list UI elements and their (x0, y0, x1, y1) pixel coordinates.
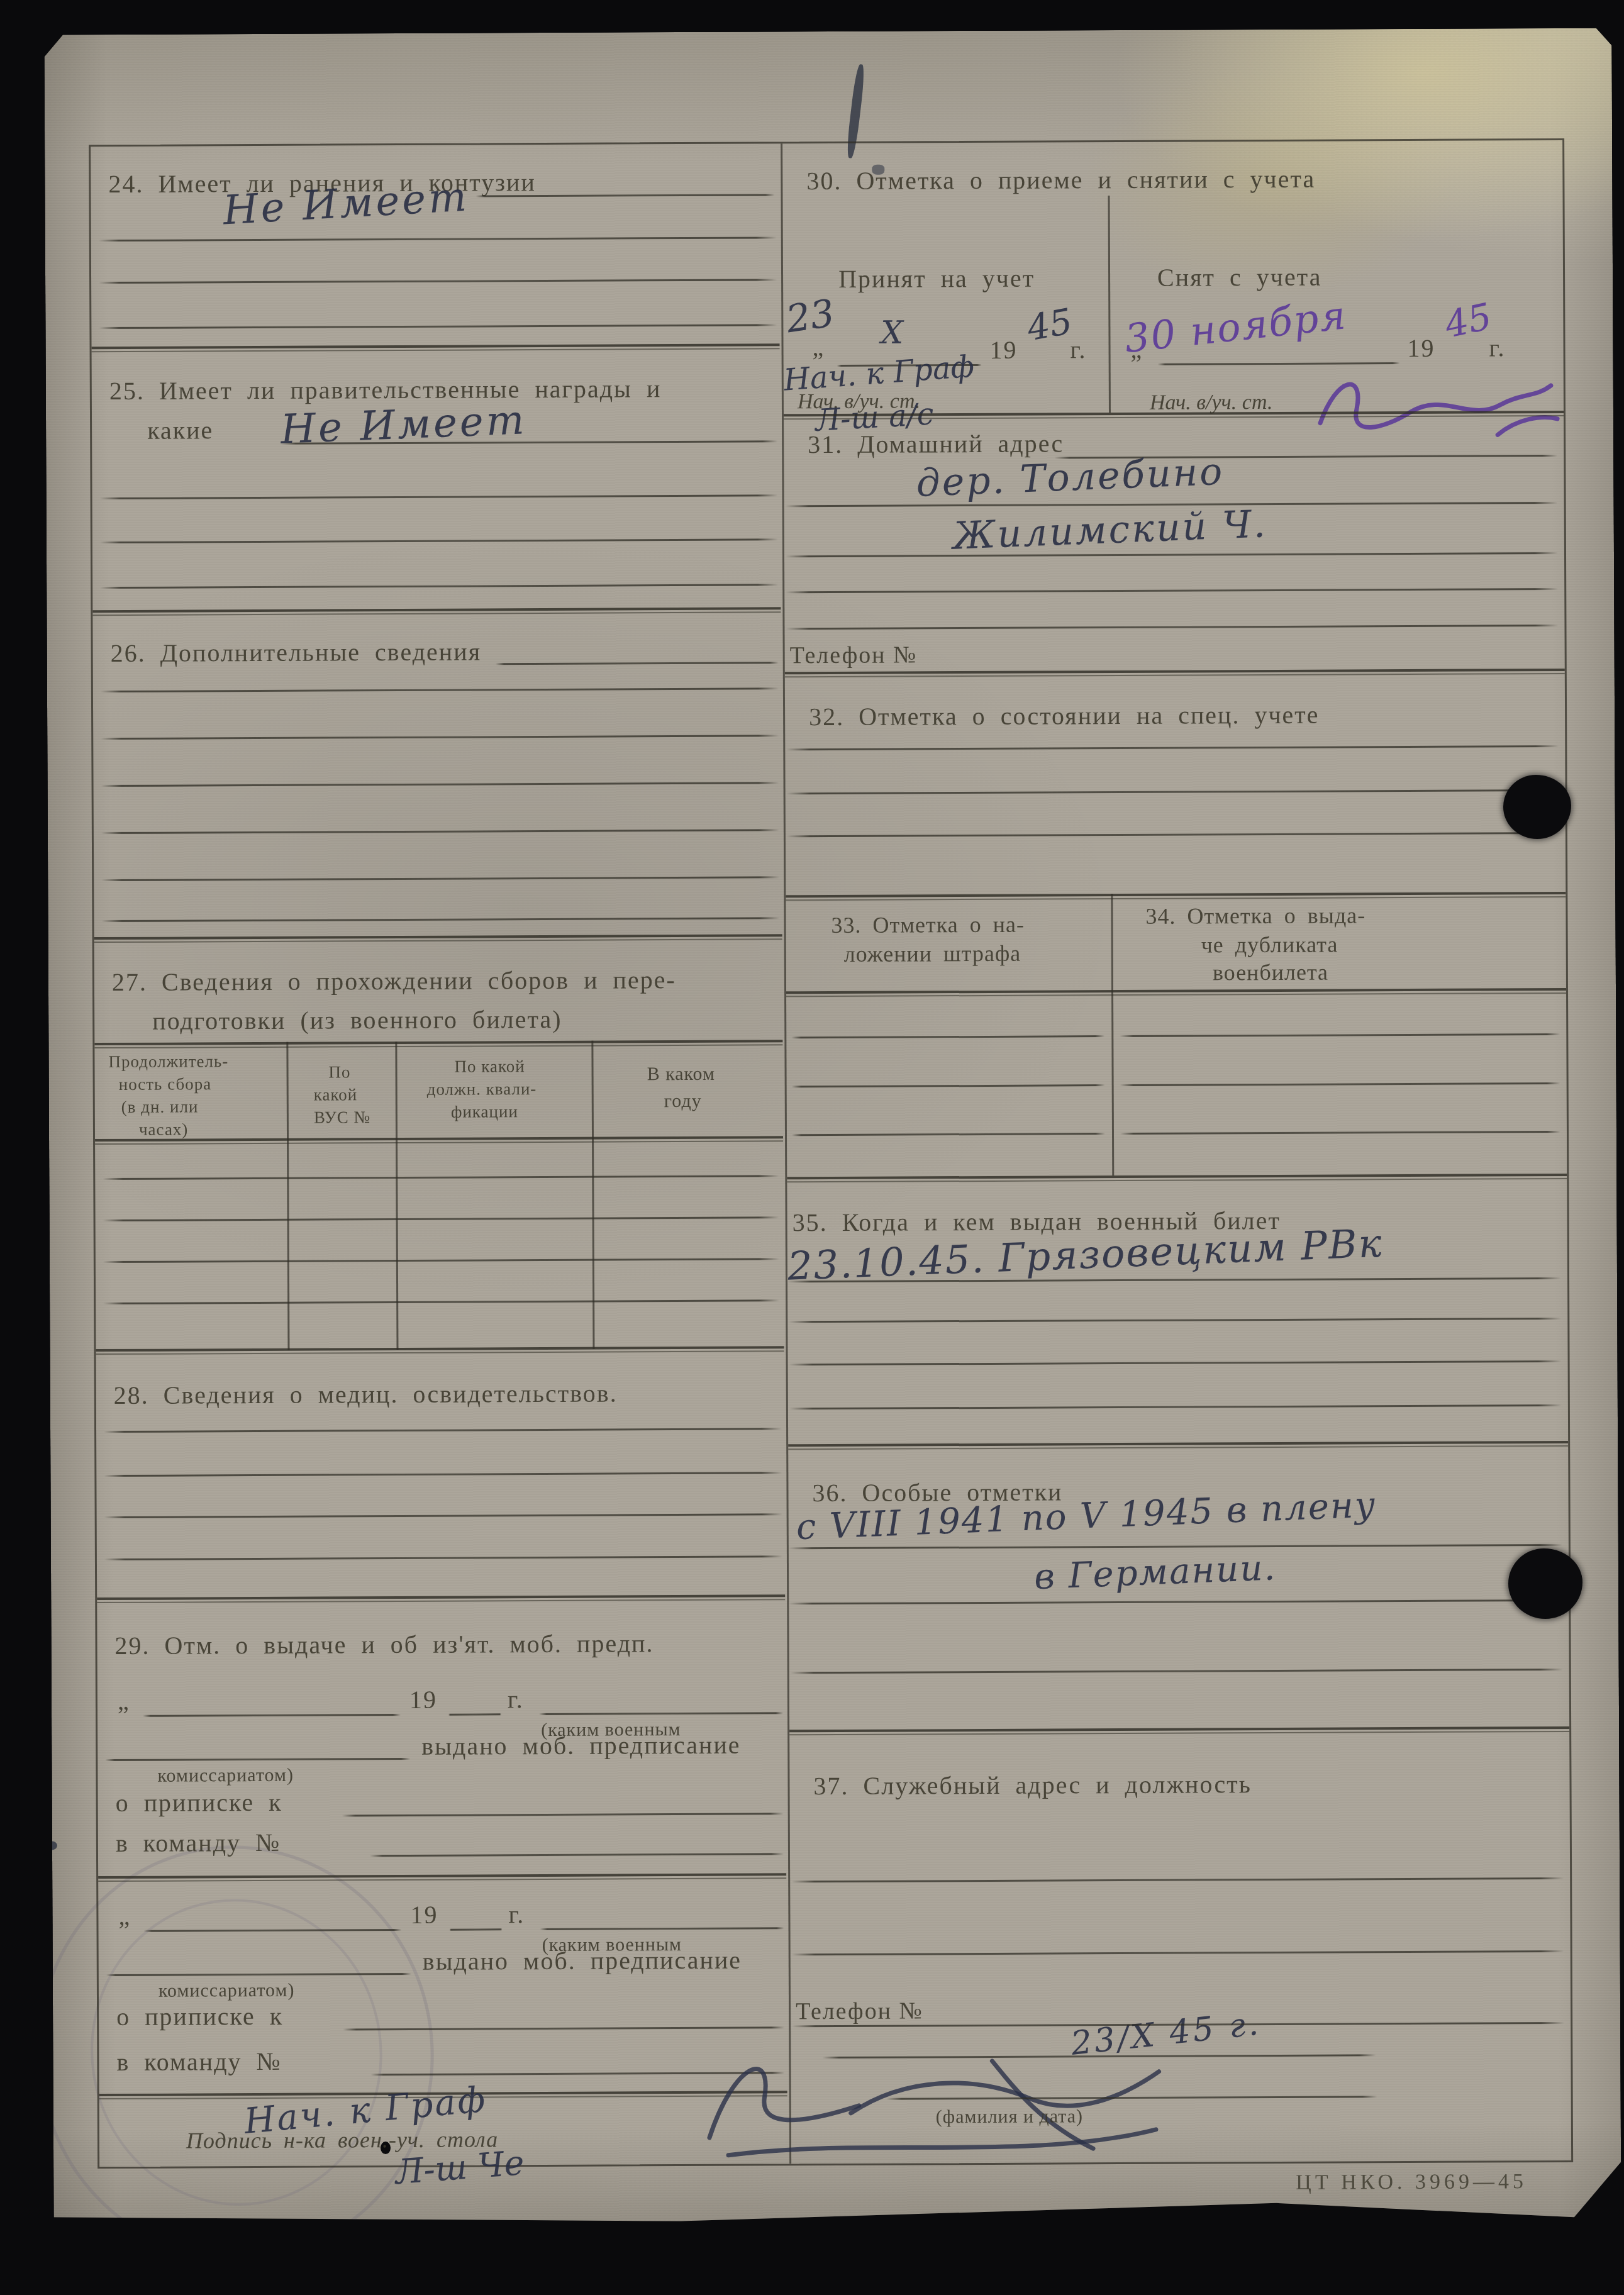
ruled-line (99, 279, 777, 284)
col-header-year1: В каком (647, 1064, 716, 1085)
ruled-line (787, 832, 1559, 837)
ruled-line (791, 1877, 1564, 1882)
ruled-line (104, 1472, 782, 1477)
section-25-label: 25. Имеет ли правительственные награды и (109, 374, 662, 406)
col-header-duration2: ность сбора (119, 1074, 212, 1094)
ruled-line (100, 584, 778, 589)
grid-header-bottom (95, 1136, 783, 1145)
quote-mark: „ (118, 1686, 130, 1716)
col-header-vus3: ВУС № (314, 1108, 371, 1127)
col-header-vus2: какой (314, 1085, 358, 1104)
ruled-line (787, 789, 1559, 794)
section-31-label: 31. Домашний адрес (808, 428, 1064, 459)
column-divider (781, 143, 791, 2164)
section-separator (785, 669, 1565, 677)
signature-hint: (фамилия и дата) (936, 2106, 1083, 2128)
margin-dot (47, 1841, 57, 1850)
section-37-label: 37. Служебный адрес и должность (813, 1769, 1252, 1801)
col-header-qual3: фикации (451, 1102, 518, 1121)
section-36-handwriting2: в Германии. (1033, 1547, 1277, 1598)
year-suffix: г. (508, 1899, 525, 1929)
blank-line (342, 1813, 784, 1816)
ruled-line (100, 494, 778, 499)
quote-mark: „ (812, 332, 825, 362)
phone-label: Телефон № (796, 1997, 923, 2025)
section-27-label: 27. Сведения о прохождении сборов и пере… (112, 965, 676, 997)
ruled-line (786, 588, 1558, 593)
form-footer-mark: ЦТ НКО. 3969—45 (1296, 2170, 1527, 2195)
year-prefix: 19 (409, 1685, 437, 1714)
section-29-label: 29. Отм. о выдаче и об из'ят. моб. предп… (114, 1628, 653, 1660)
ruled-line (104, 1513, 782, 1518)
col-header-year2: году (664, 1091, 702, 1112)
grid-row-line (1120, 1082, 1560, 1086)
accepted-year-handwriting: 45 (1024, 301, 1076, 350)
section-33-label2: ложении штрафа (844, 940, 1021, 967)
section-separator (789, 1726, 1569, 1735)
section-28-label: 28. Сведения о медиц. освидетельствов. (114, 1378, 618, 1409)
ruled-line (102, 917, 780, 922)
ruled-line (792, 1950, 1564, 1955)
grid-top (94, 1040, 782, 1048)
ruled-line (101, 782, 779, 787)
team-label: в команду № (116, 2047, 281, 2077)
grid-row-line (103, 1216, 779, 1221)
ruled-line (104, 1555, 782, 1560)
blank-line (143, 1714, 401, 1717)
ruled-line (101, 735, 779, 740)
grid-col-divider (591, 1041, 594, 1349)
blank-line (370, 1853, 784, 1857)
grid-bottom (96, 1346, 784, 1355)
blank-line (450, 1928, 503, 1930)
ruled-line (101, 687, 779, 692)
section-32-label: 32. Отметка о состоянии на спец. учете (809, 700, 1320, 732)
team-label: в команду № (116, 1828, 281, 1858)
ruled-line (789, 1544, 1562, 1549)
blank-line (105, 1758, 410, 1761)
removed-label: Снят с учета (1157, 262, 1322, 292)
blank-line (343, 2026, 784, 2030)
section-separator (92, 343, 780, 352)
blank-line (539, 1712, 783, 1715)
photo-background: 24. Имеет ли ранения и контузии Не Имеет… (0, 0, 1624, 2295)
quote-mark: „ (1130, 335, 1143, 364)
hole-punch-top (1503, 775, 1571, 839)
grid-header-bottom (786, 988, 1566, 997)
col-header-duration4: часах) (139, 1120, 188, 1139)
section-34-label2: че дубликата (1201, 931, 1338, 958)
grid-col-divider (395, 1042, 398, 1350)
quote-mark: „ (118, 1901, 131, 1931)
section-25-handwriting: Не Имеет (280, 397, 528, 453)
grid-row-line (103, 1299, 779, 1304)
removed-signature-scrawl (1309, 359, 1561, 455)
section-26-label: 26. Дополнительные сведения (111, 636, 482, 668)
year-suffix: г. (508, 1684, 524, 1714)
ruled-line (789, 1599, 1562, 1604)
hint-commissariat: комиссариатом) (157, 1765, 294, 1787)
grid-row-line (1120, 1131, 1560, 1135)
document-paper: 24. Имеет ли ранения и контузии Не Имеет… (44, 28, 1621, 2240)
attach-label: о приписке к (116, 1787, 282, 1818)
blank-line (106, 1973, 411, 1976)
col-header-qual2: должн. квали- (427, 1079, 537, 1099)
year-prefix: 19 (410, 1900, 438, 1930)
year-prefix: 19 (1407, 333, 1435, 363)
col-header-duration: Продолжитель- (108, 1052, 228, 1072)
grid-row-line (792, 1133, 1105, 1136)
accepted-label: Принят на учет (838, 264, 1035, 294)
hint-commissariat: комиссариатом) (159, 1980, 295, 2002)
ruled-line (791, 1669, 1563, 1674)
col-header-qual1: По какой (454, 1057, 525, 1076)
issued-label: выдано моб. предписание (423, 1945, 742, 1976)
col-header-duration3: (в дн. или (121, 1097, 199, 1117)
blank-line (540, 1927, 784, 1930)
year-suffix: г. (1070, 335, 1086, 364)
ruled-line (786, 745, 1559, 750)
sub-divider-33-34 (1111, 894, 1114, 1175)
section-34-label: 34. Отметка о выда- (1145, 902, 1365, 930)
blank-line (448, 1713, 501, 1715)
phone-label: Телефон № (790, 641, 918, 669)
section-30-label: 30. Отметка о приеме и снятии с учета (806, 164, 1315, 196)
grid-row-line (792, 1084, 1105, 1087)
section-separator (788, 1441, 1568, 1450)
section-separator (94, 934, 782, 943)
ruled-line (101, 876, 779, 881)
ruled-line (789, 1404, 1562, 1409)
year-suffix: г. (1489, 333, 1505, 362)
attach-label: о приписке к (116, 2001, 283, 2031)
grid-row-line (103, 1175, 779, 1180)
ruled-line (101, 829, 779, 834)
removed-date-handwriting: 30 ноября (1122, 292, 1349, 362)
year-prefix: 19 (989, 335, 1017, 365)
ruled-line (789, 1360, 1562, 1365)
grid-row-line (791, 1035, 1104, 1038)
grid-col-divider (286, 1042, 289, 1350)
grid-row-line (1120, 1033, 1560, 1037)
blank-line (144, 1929, 402, 1932)
grid-bottom (787, 1174, 1567, 1182)
ruled-line (786, 552, 1558, 557)
accepted-day-handwriting: 23 (784, 291, 838, 342)
section-27-label2: подготовки (из военного билета) (152, 1004, 562, 1036)
section-separator (92, 607, 781, 616)
section-separator (97, 1594, 785, 1603)
grid-row-line (103, 1258, 779, 1263)
form-table: 24. Имеет ли ранения и контузии Не Имеет… (89, 138, 1573, 2169)
accepted-month-handwriting: X (881, 314, 903, 350)
address-line2-handwriting: Жилимский Ч. (952, 502, 1268, 558)
section-33-label: 33. Отметка о на- (831, 911, 1025, 938)
ruled-line (99, 236, 777, 242)
section-separator (786, 892, 1566, 901)
hole-punch-bottom (1508, 1548, 1582, 1619)
section-separator (98, 1873, 786, 1882)
ruled-line (99, 324, 777, 329)
ruled-line (100, 538, 778, 543)
issued-label: выдано моб. предписание (421, 1730, 740, 1761)
ruled-line (789, 1318, 1561, 1323)
removed-chief-label: Нач. в/уч. ст. (1150, 391, 1273, 415)
removed-year-handwriting: 45 (1441, 295, 1496, 347)
ruled-line (496, 662, 779, 665)
sub-divider-30 (1108, 196, 1111, 413)
section-25-label2: какие (147, 415, 213, 445)
section-34-label3: военбилета (1213, 959, 1328, 986)
ruled-line (104, 1428, 782, 1433)
col-header-vus1: По (328, 1062, 350, 1082)
ruled-line (786, 625, 1558, 630)
